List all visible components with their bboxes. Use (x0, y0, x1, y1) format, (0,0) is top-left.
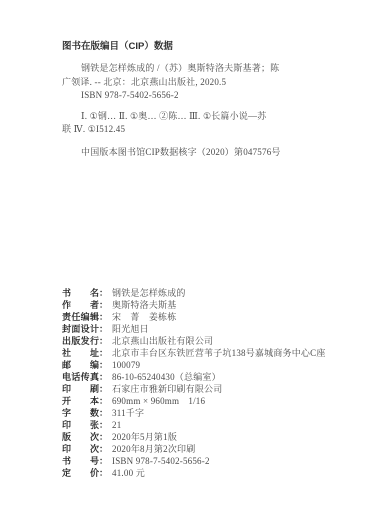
colophon-row-value: 石家庄市雅新印刷有限公司 (112, 383, 222, 395)
colophon-row-value: 21 (112, 419, 121, 431)
colophon-row-separator: ： (99, 443, 108, 455)
copyright-page: 图书在版编目（CIP）数据 钢铁是怎样炼成的 /（苏）奥斯特洛夫斯基著；陈 广领… (0, 0, 375, 523)
colophon-row-label: 开 本 (62, 395, 99, 407)
colophon-row-label: 定 价 (62, 467, 99, 479)
colophon-row-label: 版 次 (62, 431, 99, 443)
colophon-row-value: 阳光旭日 (112, 323, 149, 335)
colophon-row-label: 社 址 (62, 347, 99, 359)
colophon-row: 印 刷：石家庄市雅新印刷有限公司 (62, 383, 319, 395)
colophon-row-label: 印 刷 (62, 383, 99, 395)
colophon-row: 作 者：奥斯特洛夫斯基 (62, 299, 319, 311)
colophon-row-value: 奥斯特洛夫斯基 (112, 299, 176, 311)
colophon-row-separator: ： (99, 335, 108, 347)
cip-classification-line2: 联 Ⅳ. ①I512.45 (62, 123, 319, 137)
colophon-row-separator: ： (99, 359, 108, 371)
colophon-row-separator: ： (99, 383, 108, 395)
colophon-row-separator: ： (99, 431, 108, 443)
colophon-table: 书 名：钢铁是怎样炼成的 作 者：奥斯特洛夫斯基 责任编辑：宋 菁 姜栋栋 封面… (62, 287, 319, 479)
colophon-row: 书 号：ISBN 978-7-5402-5656-2 (62, 455, 319, 467)
colophon-row: 社 址：北京市丰台区东铁匠营苇子坑138号嘉城商务中心C座 (62, 347, 319, 359)
colophon-row: 责任编辑：宋 菁 姜栋栋 (62, 311, 319, 323)
colophon-row-separator: ： (99, 371, 108, 383)
colophon-row-value: ISBN 978-7-5402-5656-2 (112, 455, 210, 467)
colophon-row-value: 100079 (112, 359, 140, 371)
colophon-row-label: 字 数 (62, 407, 99, 419)
cip-entry-line1: 钢铁是怎样炼成的 /（苏）奥斯特洛夫斯基著；陈 (62, 62, 319, 76)
colophon-row-value: 北京市丰台区东铁匠营苇子坑138号嘉城商务中心C座 (112, 347, 326, 359)
colophon-row-value: 钢铁是怎样炼成的 (112, 287, 186, 299)
page-content: 图书在版编目（CIP）数据 钢铁是怎样炼成的 /（苏）奥斯特洛夫斯基著；陈 广领… (0, 0, 375, 479)
colophon-row-label: 书 名 (62, 287, 99, 299)
colophon-row-separator: ： (99, 287, 108, 299)
colophon-row-label: 印 次 (62, 443, 99, 455)
colophon-row-label: 作 者 (62, 299, 99, 311)
colophon-row-label: 封面设计 (62, 323, 99, 335)
colophon-row: 出版发行：北京燕山出版社有限公司 (62, 335, 319, 347)
colophon-row-separator: ： (99, 323, 108, 335)
cip-classification-line1: Ⅰ. ①钢… Ⅱ. ①奥… ②陈… Ⅲ. ①长篇小说—苏 (62, 110, 319, 124)
colophon-row-separator: ： (99, 407, 108, 419)
colophon-row: 邮 编：100079 (62, 359, 319, 371)
cip-section: 图书在版编目（CIP）数据 钢铁是怎样炼成的 /（苏）奥斯特洛夫斯基著；陈 广领… (62, 41, 319, 159)
colophon-row-value: 宋 菁 姜栋栋 (112, 311, 176, 323)
colophon-row: 封面设计：阳光旭日 (62, 323, 319, 335)
colophon-row-label: 责任编辑 (62, 311, 99, 323)
colophon-row-separator: ： (99, 419, 108, 431)
colophon-row: 字 数：311千字 (62, 407, 319, 419)
cip-header: 图书在版编目（CIP）数据 (62, 41, 319, 52)
cip-entry-line2: 广领译. -- 北京：北京燕山出版社, 2020.5 (62, 76, 319, 90)
colophon-row-value: 2020年8月第2次印刷 (112, 443, 195, 455)
colophon-row-value: 2020年5月第1版 (112, 431, 177, 443)
colophon-row-label: 邮 编 (62, 359, 99, 371)
colophon-row-label: 电话传真 (62, 371, 99, 383)
colophon-row-label: 印 张 (62, 419, 99, 431)
colophon-row-separator: ： (99, 455, 108, 467)
colophon-row-value: 41.00 元 (112, 467, 145, 479)
colophon-row: 书 名：钢铁是怎样炼成的 (62, 287, 319, 299)
colophon-row: 印 张：21 (62, 419, 319, 431)
colophon-row-label: 出版发行 (62, 335, 99, 347)
colophon-row-value: 86-10-65240430（总编室） (112, 371, 221, 383)
colophon-row-separator: ： (99, 395, 108, 407)
colophon-row-label: 书 号 (62, 455, 99, 467)
colophon-row: 定 价：41.00 元 (62, 467, 319, 479)
colophon-row-separator: ： (99, 347, 108, 359)
cip-isbn: ISBN 978-7-5402-5656-2 (62, 89, 319, 103)
colophon-row-separator: ： (99, 299, 108, 311)
colophon-row-value: 311千字 (112, 407, 144, 419)
colophon-row-value: 北京燕山出版社有限公司 (112, 335, 213, 347)
colophon-row: 电话传真：86-10-65240430（总编室） (62, 371, 319, 383)
colophon-row-separator: ： (99, 311, 108, 323)
cip-record-number: 中国版本图书馆CIP数据核字（2020）第047576号 (62, 146, 319, 160)
colophon-row-separator: ： (99, 467, 108, 479)
colophon-row: 开 本：690mm × 960mm 1/16 (62, 395, 319, 407)
colophon-row-value: 690mm × 960mm 1/16 (112, 395, 205, 407)
colophon-row: 印 次：2020年8月第2次印刷 (62, 443, 319, 455)
colophon-row: 版 次：2020年5月第1版 (62, 431, 319, 443)
